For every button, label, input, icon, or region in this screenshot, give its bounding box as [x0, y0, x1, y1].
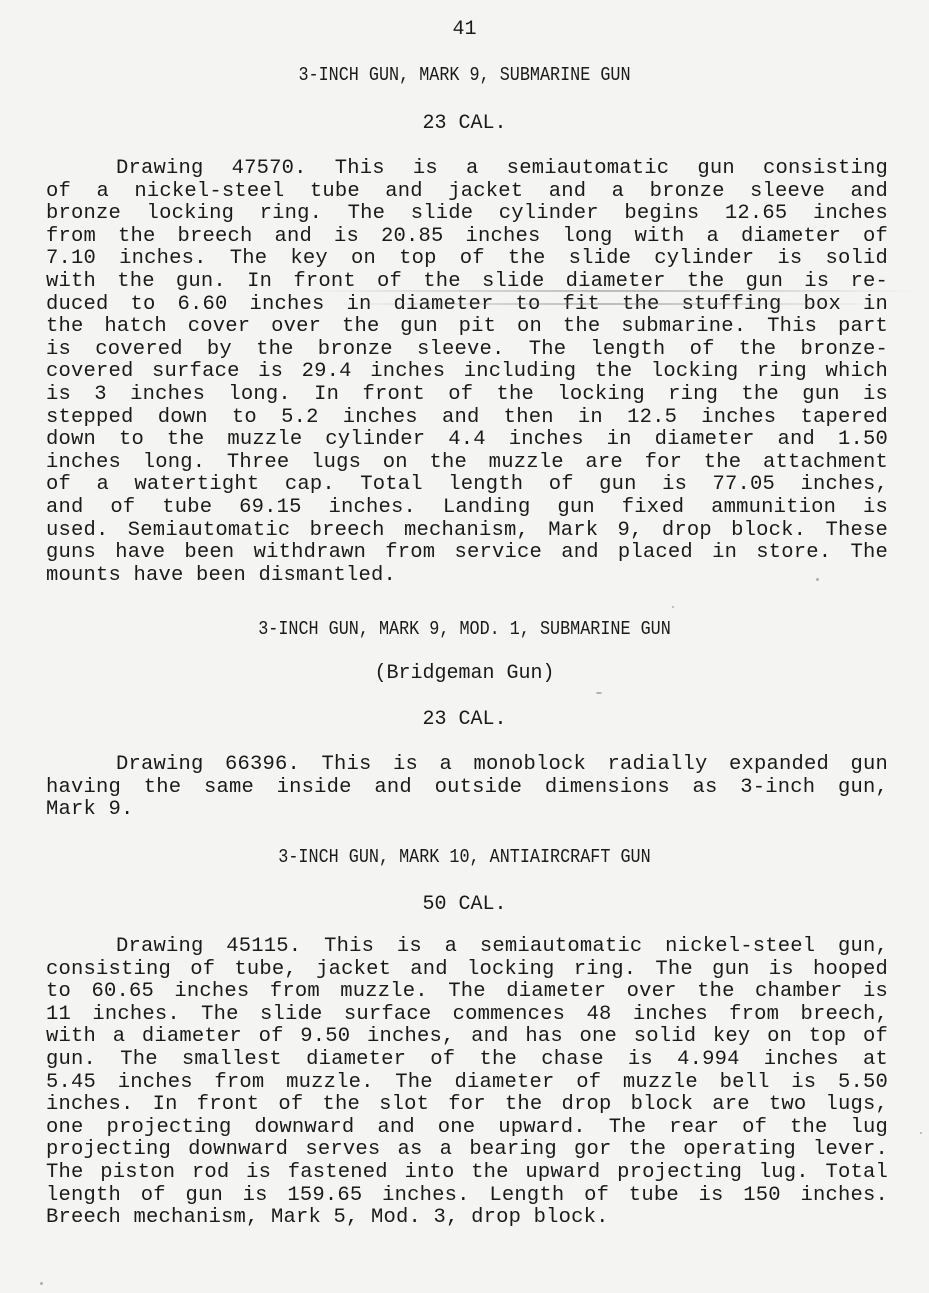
scan-speck [40, 1282, 43, 1285]
caliber-label-mark-9-mod-1: 23 CAL. [0, 708, 929, 731]
scan-smudge [330, 303, 890, 305]
text-line: Breech mechanism, Mark 5, Mod. 3, drop b… [46, 1207, 888, 1230]
text-line: 7.10 inches. The key on top of the slide… [46, 248, 888, 271]
paragraph-mark-9: Drawing 47570. This is a semiautomatic g… [46, 158, 888, 587]
scan-speck [920, 1132, 922, 1134]
section-heading-mark-9: 3-INCH GUN, MARK 9, SUBMARINE GUN [65, 64, 864, 86]
text-line: Drawing 45115. This is a semiautomatic n… [46, 936, 888, 959]
page-number: 41 [0, 18, 929, 41]
text-line: projecting downward serves as a bearing … [46, 1139, 888, 1162]
subtitle-bridgeman-gun: (Bridgeman Gun) [0, 662, 929, 685]
paragraph-mark-9-mod-1: Drawing 66396. This is a monoblock radia… [46, 754, 888, 822]
text-line: and of tube 69.15 inches. Landing gun fi… [46, 497, 888, 520]
document-page: 41 3-INCH GUN, MARK 9, SUBMARINE GUN 23 … [0, 0, 929, 1293]
text-line: gun. The smallest diameter of the chase … [46, 1049, 888, 1072]
text-line: guns have been withdrawn from service an… [46, 542, 888, 565]
scan-smudge [300, 290, 920, 292]
text-line: Drawing 47570. This is a semiautomatic g… [46, 158, 888, 181]
text-line: inches. In front of the slot for the dro… [46, 1094, 888, 1117]
text-line: the hatch cover over the gun pit on the … [46, 316, 888, 339]
text-line: is 3 inches long. In front of the lockin… [46, 384, 888, 407]
text-line: 5.45 inches from muzzle. The diameter of… [46, 1072, 888, 1095]
text-line: Drawing 66396. This is a monoblock radia… [46, 754, 888, 777]
text-line: used. Semiautomatic breech mechanism, Ma… [46, 520, 888, 543]
text-line: 11 inches. The slide surface commences 4… [46, 1004, 888, 1027]
scan-speck [596, 692, 602, 694]
text-line: length of gun is 159.65 inches. Length o… [46, 1185, 888, 1208]
text-line: Mark 9. [46, 799, 888, 822]
section-heading-mark-10: 3-INCH GUN, MARK 10, ANTIAIRCRAFT GUN [65, 846, 864, 868]
text-line: of a watertight cap. Total length of gun… [46, 474, 888, 497]
text-line: stepped down to 5.2 inches and then in 1… [46, 407, 888, 430]
text-line: to 60.65 inches from muzzle. The diamete… [46, 981, 888, 1004]
text-line: bronze locking ring. The slide cylinder … [46, 203, 888, 226]
scan-speck [816, 578, 819, 581]
text-line: having the same inside and outside dimen… [46, 777, 888, 800]
text-line: from the breech and is 20.85 inches long… [46, 226, 888, 249]
text-line: is covered by the bronze sleeve. The len… [46, 339, 888, 362]
text-line: down to the muzzle cylinder 4.4 inches i… [46, 429, 888, 452]
text-line: of a nickel-steel tube and jacket and a … [46, 181, 888, 204]
scan-speck [672, 606, 674, 608]
text-line: The piston rod is fastened into the upwa… [46, 1162, 888, 1185]
text-line: consisting of tube, jacket and locking r… [46, 959, 888, 982]
caliber-label-mark-9: 23 CAL. [0, 112, 929, 135]
section-heading-mark-9-mod-1: 3-INCH GUN, MARK 9, MOD. 1, SUBMARINE GU… [65, 618, 864, 640]
text-line: mounts have been dismantled. [46, 565, 888, 588]
paragraph-mark-10: Drawing 45115. This is a semiautomatic n… [46, 936, 888, 1230]
text-line: with a diameter of 9.50 inches, and has … [46, 1026, 888, 1049]
caliber-label-mark-10: 50 CAL. [0, 893, 929, 916]
text-line: inches long. Three lugs on the muzzle ar… [46, 452, 888, 475]
text-line: one projecting downward and one upward. … [46, 1117, 888, 1140]
text-line: covered surface is 29.4 inches including… [46, 361, 888, 384]
